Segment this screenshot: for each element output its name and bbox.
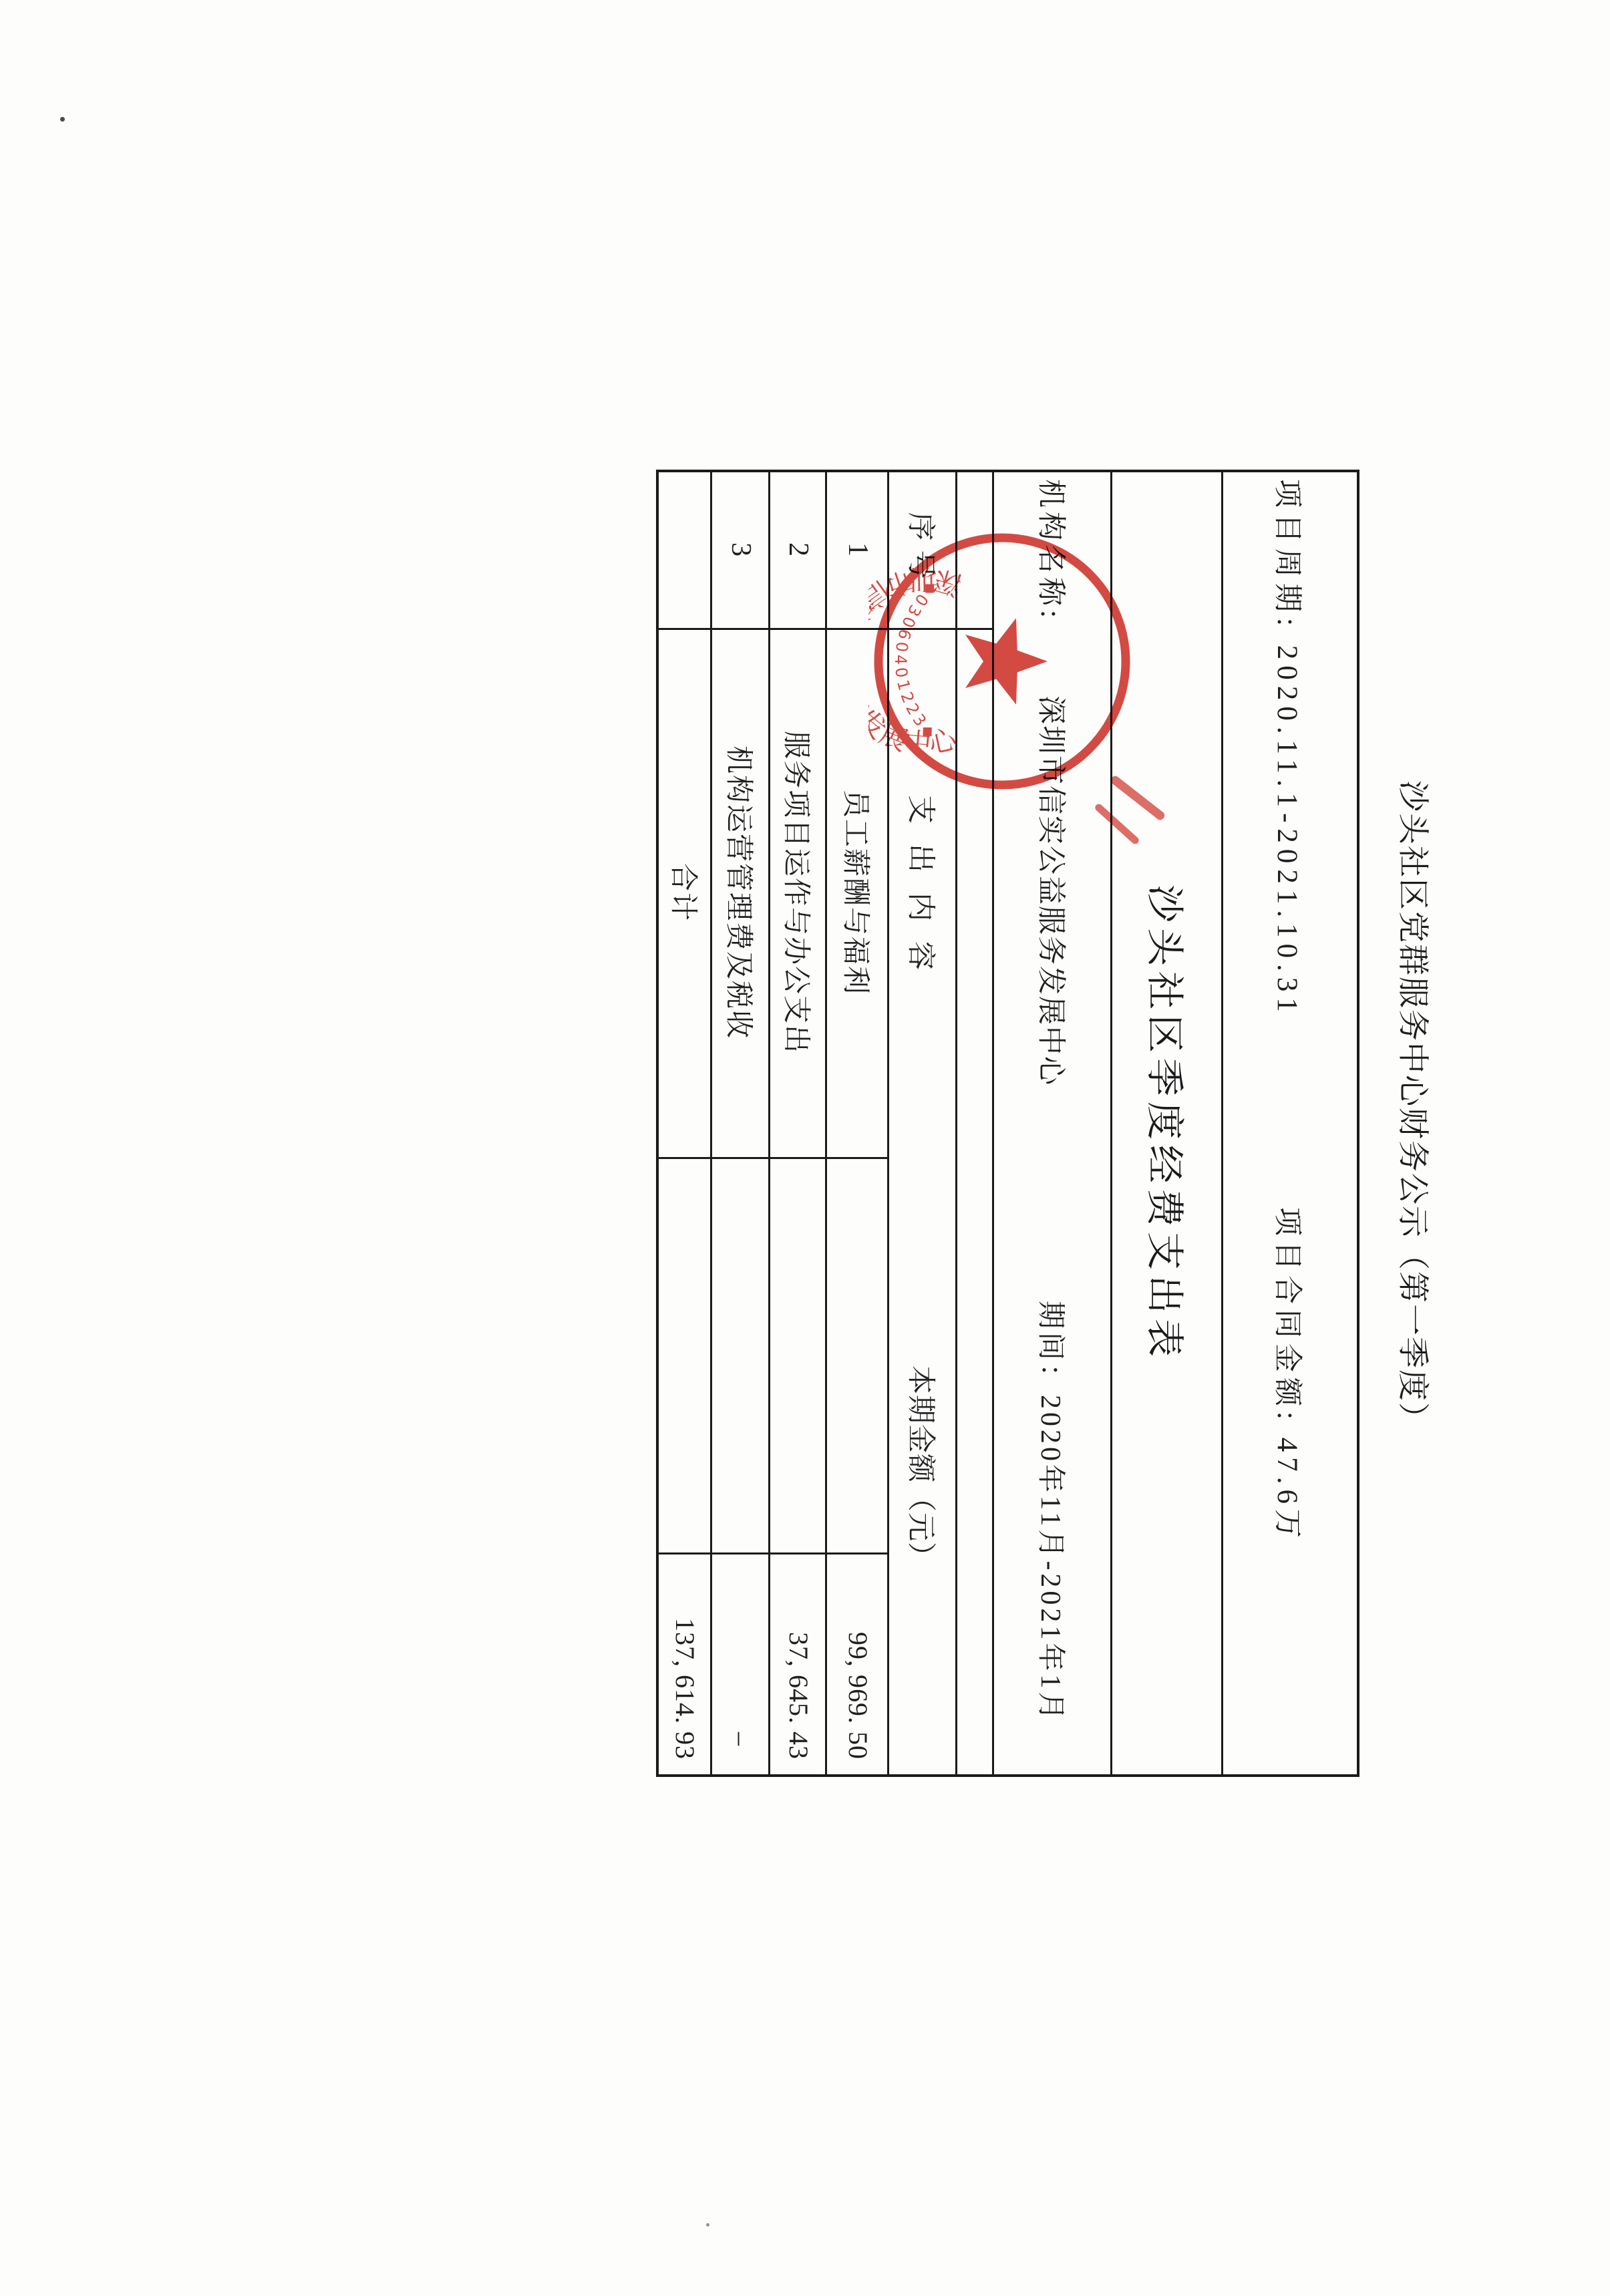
seal-serial-text: ◆03060401223◆ xyxy=(891,579,941,744)
row2-content: 服务项目运作与办公支出 xyxy=(770,628,827,1157)
row3-content: 机构运营管理费及税收 xyxy=(712,628,770,1157)
row2-index: 2 xyxy=(770,472,827,628)
total-index xyxy=(659,472,712,628)
ink-smudge xyxy=(1064,768,1177,868)
col-line-content xyxy=(659,1157,889,1159)
org-seal: 深圳市信实公益服务发展中心 ◆03060401223◆ xyxy=(868,528,1136,795)
scan-speck xyxy=(60,117,65,122)
scanned-page: 沙头社区党群服务中心财务公示（第一季度） 项目周期: 2020.11.1-202… xyxy=(0,0,1610,2296)
header-amount: 本期金额（元） xyxy=(889,1157,957,1780)
project-period: 项目周期: 2020.11.1-2021.10.31 xyxy=(1223,479,1357,1018)
row1-amount: 99, 969. 50 xyxy=(827,1552,889,1760)
svg-text:◆03060401223◆: ◆03060401223◆ xyxy=(891,579,941,744)
row3-index: 3 xyxy=(712,472,770,628)
star-icon xyxy=(965,618,1048,704)
scan-speck xyxy=(706,2223,709,2227)
row2-amount: 37, 645. 43 xyxy=(770,1552,827,1760)
contract-amount: 项目合同金额: 47.6万 xyxy=(1223,1207,1357,1543)
report-range: 期间：2020年11月-2021年1月 xyxy=(994,1301,1112,1723)
landscape-content: 沙头社区党群服务中心财务公示（第一季度） 项目周期: 2020.11.1-202… xyxy=(0,0,1610,2296)
row3-amount: – xyxy=(712,1552,770,1746)
total-label: 合计 xyxy=(659,628,712,1157)
total-amount: 137, 614. 93 xyxy=(659,1552,712,1760)
page-title: 沙头社区党群服务中心财务公示（第一季度） xyxy=(1393,780,1438,1435)
